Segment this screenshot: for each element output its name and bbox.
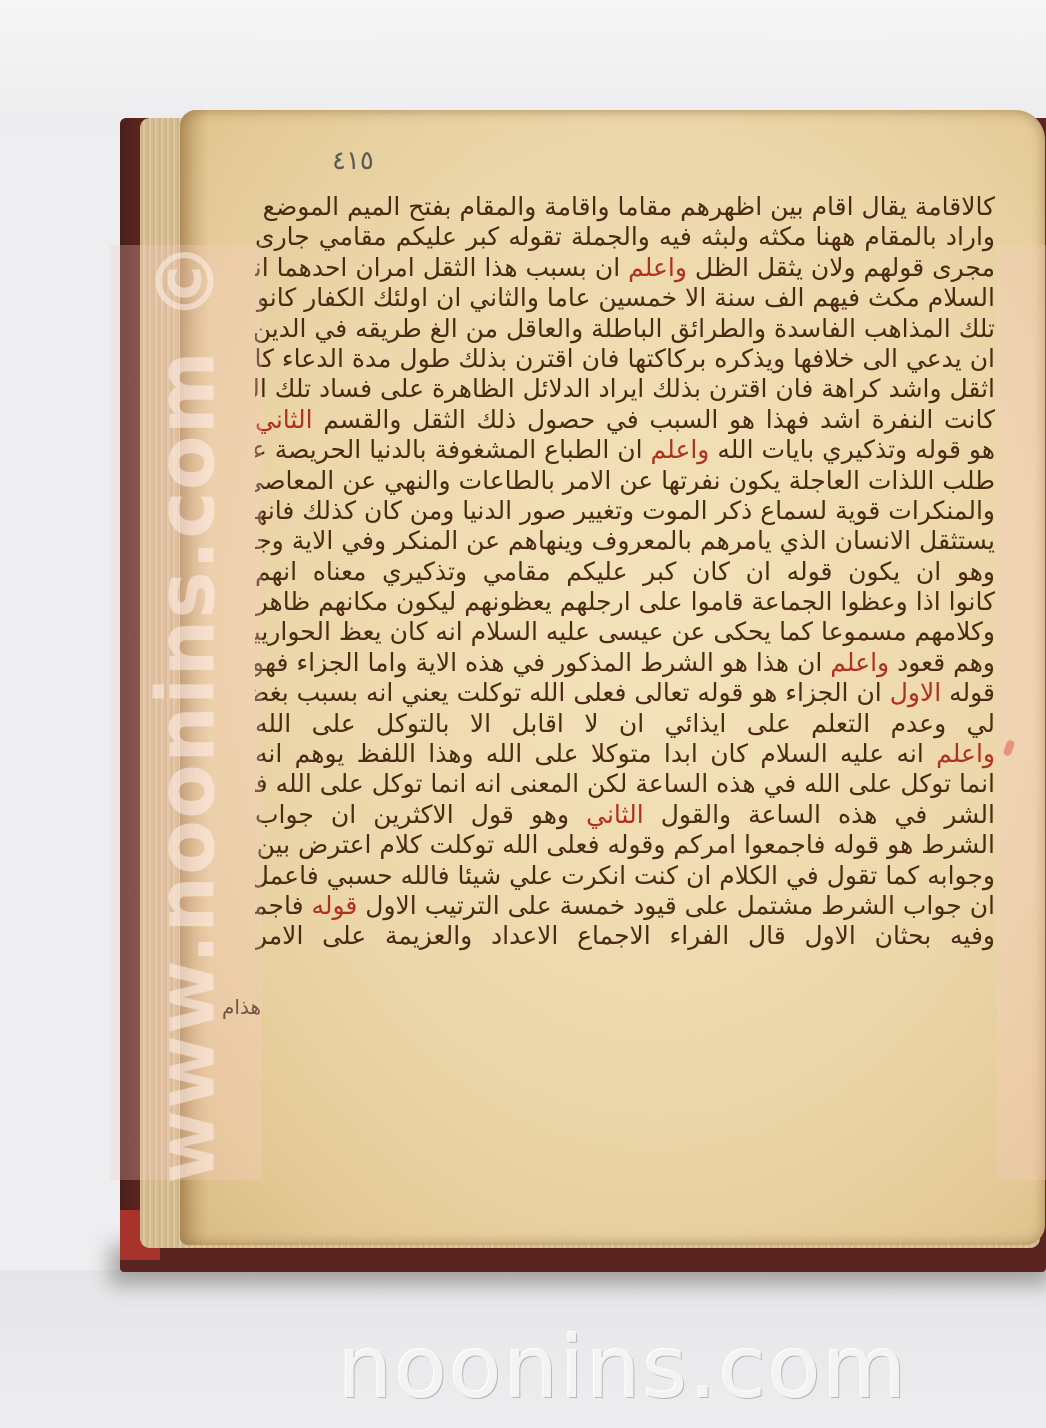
- manuscript-line: قوله الاول ان الجزاء هو قوله تعالى فعلى …: [255, 678, 995, 708]
- manuscript-line: هو قوله وتذكيري بايات الله واعلم ان الطب…: [255, 435, 995, 465]
- manuscript-line: كالاقامة يقال اقام بين اظهرهم مقاما واقا…: [255, 192, 995, 222]
- rubricated-word: واعلم: [651, 435, 710, 464]
- rubricated-word: الثاني: [586, 800, 644, 829]
- manuscript-line: لي وعدم التعلم على ايذائي ان لا اقابل ال…: [255, 709, 995, 739]
- manuscript-line: كانت النفرة اشد فهذا هو السبب في حصول ذل…: [255, 405, 995, 435]
- manuscript-line: تلك المذاهب الفاسدة والطرائق الباطلة وال…: [255, 314, 995, 344]
- manuscript-line: مجرى قولهم ولان يثقل الظل واعلم ان بسبب …: [255, 253, 995, 283]
- watermark-bottom: noonins.com: [338, 1318, 908, 1418]
- manuscript-line: وجوابه كما تقول في الكلام ان كنت انكرت ع…: [255, 861, 995, 891]
- manuscript-line: وكلامهم مسموعا كما يحكى عن عيسى عليه الس…: [255, 617, 995, 647]
- manuscript-line: انما توكل على الله في هذه الساعة لكن الم…: [255, 769, 995, 799]
- manuscript-line: طلب اللذات العاجلة يكون نفرتها عن الامر …: [255, 466, 995, 496]
- manuscript-text-block: كالاقامة يقال اقام بين اظهرهم مقاما واقا…: [255, 192, 995, 952]
- rubricated-word: واعلم: [830, 648, 889, 677]
- manuscript-line: وهو ان يكون قوله ان كان كبر عليكم مقامي …: [255, 557, 995, 587]
- manuscript-line: اثقل واشد كراهة فان اقترن بذلك ايراد الد…: [255, 374, 995, 404]
- manuscript-line: وفيه بحثان الاول قال الفراء الاجماع الاع…: [255, 921, 995, 951]
- watermark-strip-right: [997, 245, 1046, 1180]
- watermark-vertical: www.noonins.com ©: [140, 240, 233, 1184]
- manuscript-line: واعلم انه عليه السلام كان ابدا متوكلا عل…: [255, 739, 995, 769]
- manuscript-line: الشر في هذه الساعة والقول الثاني وهو قول…: [255, 800, 995, 830]
- manuscript-line: الشرط هو قوله فاجمعوا امركم وقوله فعلى ا…: [255, 830, 995, 860]
- rubricated-word: الاول: [890, 678, 941, 707]
- manuscript-line: ان جواب الشرط مشتمل على قيود خمسة على ال…: [255, 891, 995, 921]
- rubricated-word: واعلم: [628, 253, 687, 282]
- rubricated-word: قوله: [311, 891, 357, 920]
- manuscript-line: والمنكرات قوية لسماع ذكر الموت وتغيير صو…: [255, 496, 995, 526]
- folio-number: ٤١٥: [332, 146, 374, 176]
- manuscript-line: السلام مكث فيهم الف سنة الا خمسين عاما و…: [255, 283, 995, 313]
- manuscript-line: واراد بالمقام ههنا مكثه ولبثه فيه والجمل…: [255, 222, 995, 252]
- manuscript-line: كانوا اذا وعظوا الجماعة قاموا على ارجلهم…: [255, 587, 995, 617]
- manuscript-line: وهم قعود واعلم ان هذا هو الشرط المذكور ف…: [255, 648, 995, 678]
- rubricated-word: واعلم: [936, 739, 995, 768]
- manuscript-line: يستثقل الانسان الذي يامرهم بالمعروف وينه…: [255, 526, 995, 556]
- rubricated-word: الثاني: [255, 405, 313, 434]
- manuscript-line: ان يدعي الى خلافها ويذكره بركاكتها فان ا…: [255, 344, 995, 374]
